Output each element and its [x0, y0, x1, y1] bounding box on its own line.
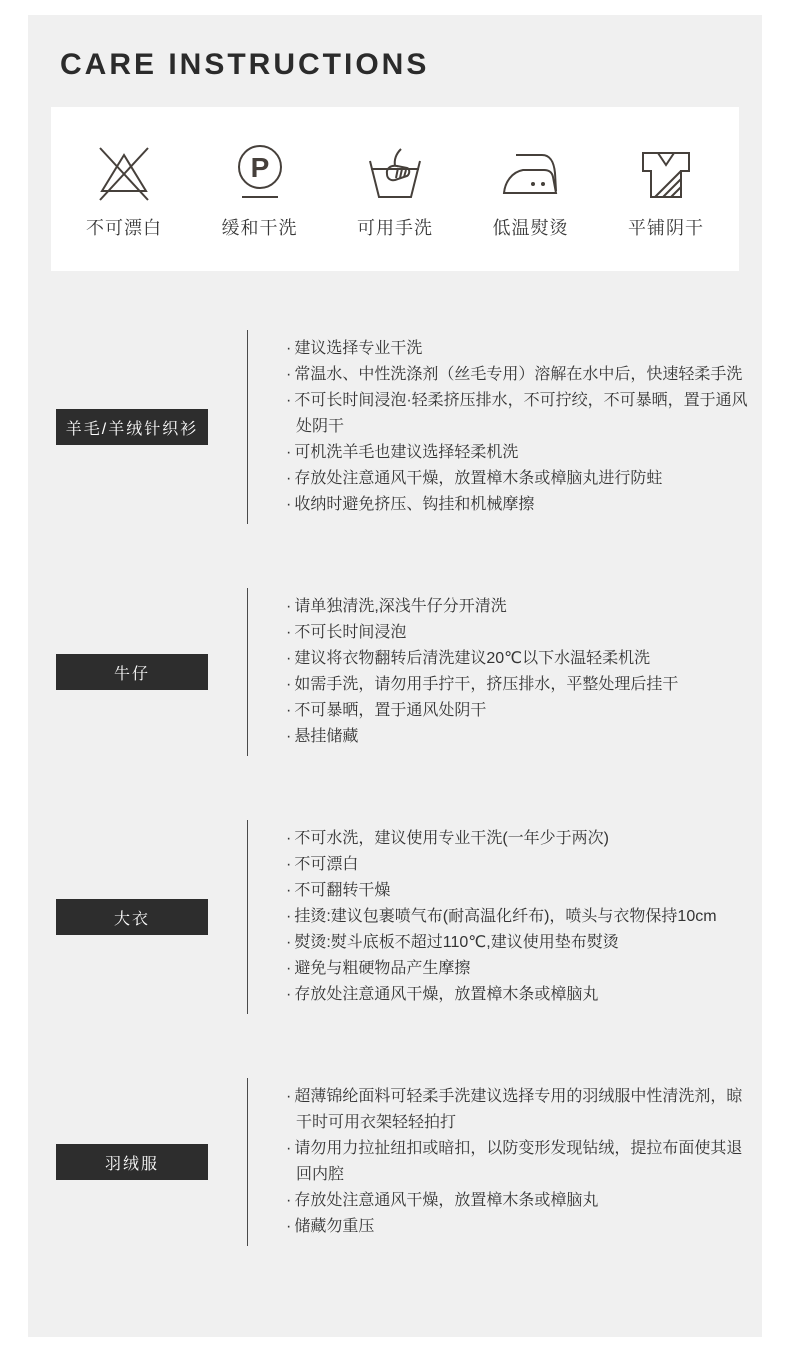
section-label-column: 大衣: [28, 899, 247, 935]
care-symbol-label: 平铺阴干: [628, 214, 704, 240]
care-symbol-gentle-dry-clean: P 缓和干洗: [197, 139, 322, 240]
section-label-column: 羽绒服: [28, 1144, 247, 1180]
care-symbol-no-bleach: 不可漂白: [62, 139, 187, 240]
page-title: CARE INSTRUCTIONS: [60, 48, 762, 82]
care-symbol-low-temp-iron: 低温熨烫: [468, 139, 593, 240]
section-down-jacket: 羽绒服 超薄锦纶面料可轻柔手洗建议选择专用的羽绒服中性清洗剂，晾干时可用衣架轻轻…: [28, 1078, 762, 1246]
svg-text:P: P: [250, 152, 269, 183]
flat-dry-shade-icon: [631, 139, 701, 209]
section-wool-cashmere-knit: 羊毛/羊绒针织衫 建议选择专业干洗 常温水、中性洗涤剂（丝毛专用）溶解在水中后，…: [28, 330, 762, 524]
tip-item: 不可长时间浸泡: [286, 620, 748, 646]
tip-item: 如需手洗，请勿用手拧干，挤压排水，平整处理后挂干: [286, 672, 748, 698]
tips-list: 请单独清洗,深浅牛仔分开清洗 不可长时间浸泡 建议将衣物翻转后清洗建议20℃以下…: [247, 588, 762, 756]
care-symbol-flat-dry-shade: 平铺阴干: [604, 139, 729, 240]
hand-wash-icon: [360, 139, 430, 209]
tip-item: 建议选择专业干洗: [286, 336, 748, 362]
tip-item: 请勿用力拉扯纽扣或暗扣，以防变形发现钻绒，提拉布面使其退回内腔: [286, 1136, 748, 1188]
section-label-column: 羊毛/羊绒针织衫: [28, 409, 247, 445]
tip-item: 超薄锦纶面料可轻柔手洗建议选择专用的羽绒服中性清洗剂，晾干时可用衣架轻轻拍打: [286, 1084, 748, 1136]
section-label: 羊毛/羊绒针织衫: [56, 409, 208, 445]
tip-item: 避免与粗硬物品产生摩擦: [286, 956, 748, 982]
tip-item: 挂烫:建议包裹喷气布(耐高温化纤布)，喷头与衣物保持10cm: [286, 904, 748, 930]
low-temp-iron-icon: [496, 139, 566, 209]
tip-item: 常温水、中性洗涤剂（丝毛专用）溶解在水中后，快速轻柔手洗: [286, 362, 748, 388]
tip-item: 悬挂储藏: [286, 724, 748, 750]
tip-item: 不可漂白: [286, 852, 748, 878]
care-symbol-hand-wash: 可用手洗: [333, 139, 458, 240]
tip-item: 不可暴晒，置于通风处阴干: [286, 698, 748, 724]
care-symbol-label: 可用手洗: [357, 214, 433, 240]
no-bleach-icon: [89, 139, 159, 209]
tip-item: 不可长时间浸泡·轻柔挤压排水，不可拧绞，不可暴晒，置于通风处阴干: [286, 388, 748, 440]
care-symbol-label: 低温熨烫: [493, 214, 569, 240]
care-symbol-label: 不可漂白: [86, 214, 162, 240]
tip-item: 可机洗羊毛也建议选择轻柔机洗: [286, 440, 748, 466]
tip-item: 收纳时避免挤压、钩挂和机械摩擦: [286, 492, 748, 518]
tip-item: 请单独清洗,深浅牛仔分开清洗: [286, 594, 748, 620]
tip-item: 存放处注意通风干燥，放置樟木条或樟脑丸: [286, 982, 748, 1008]
tip-item: 建议将衣物翻转后清洗建议20℃以下水温轻柔机洗: [286, 646, 748, 672]
section-coat: 大衣 不可水洗，建议使用专业干洗(一年少于两次) 不可漂白 不可翻转干燥 挂烫:…: [28, 820, 762, 1014]
tips-list: 超薄锦纶面料可轻柔手洗建议选择专用的羽绒服中性清洗剂，晾干时可用衣架轻轻拍打 请…: [247, 1078, 762, 1246]
tip-item: 不可翻转干燥: [286, 878, 748, 904]
section-denim: 牛仔 请单独清洗,深浅牛仔分开清洗 不可长时间浸泡 建议将衣物翻转后清洗建议20…: [28, 588, 762, 756]
care-symbols-card: 不可漂白 P 缓和干洗: [51, 107, 739, 271]
tip-item: 不可水洗，建议使用专业干洗(一年少于两次): [286, 826, 748, 852]
tip-item: 熨烫:熨斗底板不超过110℃,建议使用垫布熨烫: [286, 930, 748, 956]
section-label: 大衣: [56, 899, 208, 935]
tip-item: 存放处注意通风干燥，放置樟木条或樟脑丸: [286, 1188, 748, 1214]
gentle-dry-clean-icon: P: [225, 139, 295, 209]
tips-list: 建议选择专业干洗 常温水、中性洗涤剂（丝毛专用）溶解在水中后，快速轻柔手洗 不可…: [247, 330, 762, 524]
section-label-column: 牛仔: [28, 654, 247, 690]
tip-item: 储藏勿重压: [286, 1214, 748, 1240]
section-label: 羽绒服: [56, 1144, 208, 1180]
tip-item: 存放处注意通风干燥，放置樟木条或樟脑丸进行防蛀: [286, 466, 748, 492]
care-instructions-panel: CARE INSTRUCTIONS 不可漂白 P 缓和干洗: [28, 15, 762, 1337]
care-sections: 羊毛/羊绒针织衫 建议选择专业干洗 常温水、中性洗涤剂（丝毛专用）溶解在水中后，…: [28, 330, 762, 1246]
section-label: 牛仔: [56, 654, 208, 690]
tips-list: 不可水洗，建议使用专业干洗(一年少于两次) 不可漂白 不可翻转干燥 挂烫:建议包…: [247, 820, 762, 1014]
care-symbol-label: 缓和干洗: [222, 214, 298, 240]
